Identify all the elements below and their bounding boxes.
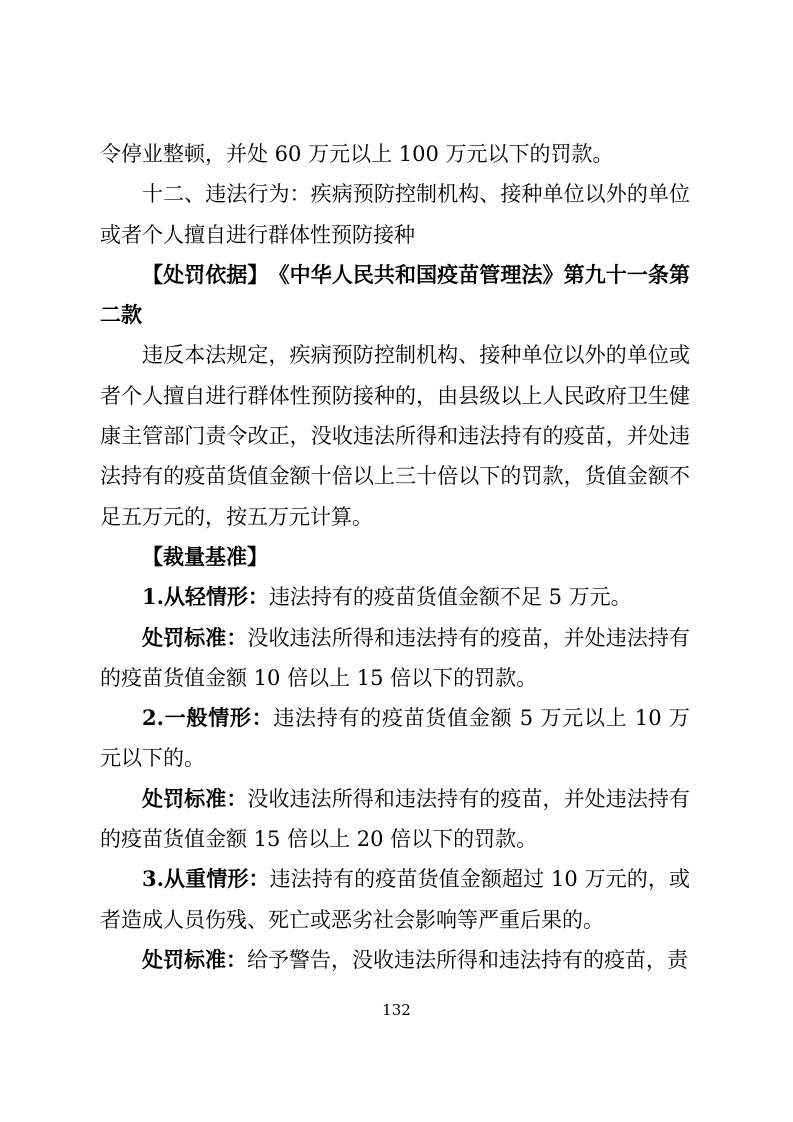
- paragraph-text: 给予警告，没收违法所得和违法持有的疫苗，责: [247, 948, 688, 972]
- paragraph: 2.一般情形：违法持有的疫苗货值金额 5 万元以上 10 万元以下的。: [100, 698, 690, 779]
- paragraph: 【裁量基准】: [100, 537, 690, 577]
- paragraph: 1.从轻情形：违法持有的疫苗货值金额不足 5 万元。: [100, 577, 690, 617]
- paragraph: 令停业整顿，并处 60 万元以上 100 万元以下的罚款。: [100, 134, 690, 174]
- paragraph-text: 违法持有的疫苗货值金额不足 5 万元。: [269, 585, 632, 609]
- paragraph-text: 令停业整顿，并处 60 万元以上 100 万元以下的罚款。: [100, 142, 614, 166]
- paragraph: 3.从重情形：违法持有的疫苗货值金额超过 10 万元的，或者造成人员伤残、死亡或…: [100, 859, 690, 940]
- paragraph-bold-text: 处罚标准：: [142, 625, 247, 650]
- paragraph-bold-text: 【裁量基准】: [142, 544, 268, 569]
- paragraph-bold-text: 处罚标准：: [142, 947, 247, 972]
- paragraph-bold-text: 1.从轻情形：: [142, 584, 269, 609]
- paragraph: 处罚标准：没收违法所得和违法持有的疫苗，并处违法持有的疫苗货值金额 15 倍以上…: [100, 779, 690, 860]
- paragraph: 【处罚依据】 《中华人民共和国疫苗管理法》第九十一条第二款: [100, 255, 690, 336]
- paragraph: 十二、违法行为：疾病预防控制机构、接种单位以外的单位或者个人擅自进行群体性预防接…: [100, 174, 690, 255]
- document-body: 令停业整顿，并处 60 万元以上 100 万元以下的罚款。十二、违法行为：疾病预…: [100, 134, 690, 980]
- paragraph-text: 违反本法规定，疾病预防控制机构、接种单位以外的单位或者个人擅自进行群体性预防接种…: [100, 343, 690, 528]
- paragraph: 处罚标准：给予警告，没收违法所得和违法持有的疫苗，责: [100, 940, 690, 980]
- paragraph-bold-text: 处罚标准：: [142, 786, 247, 811]
- paragraph-text: 十二、违法行为：疾病预防控制机构、接种单位以外的单位或者个人擅自进行群体性预防接…: [100, 182, 690, 246]
- paragraph-bold-text: 2.一般情形：: [142, 705, 273, 730]
- paragraph: 处罚标准：没收违法所得和违法持有的疫苗，并处违法持有的疫苗货值金额 10 倍以上…: [100, 618, 690, 699]
- paragraph-bold-text: 3.从重情形：: [142, 866, 270, 891]
- document-page: 令停业整顿，并处 60 万元以上 100 万元以下的罚款。十二、违法行为：疾病预…: [0, 0, 793, 1122]
- paragraph: 违反本法规定，疾病预防控制机构、接种单位以外的单位或者个人擅自进行群体性预防接种…: [100, 335, 690, 536]
- page-number: 132: [0, 1000, 793, 1020]
- paragraph-bold-text: 【处罚依据】 《中华人民共和国疫苗管理法》第九十一条第二款: [100, 262, 690, 327]
